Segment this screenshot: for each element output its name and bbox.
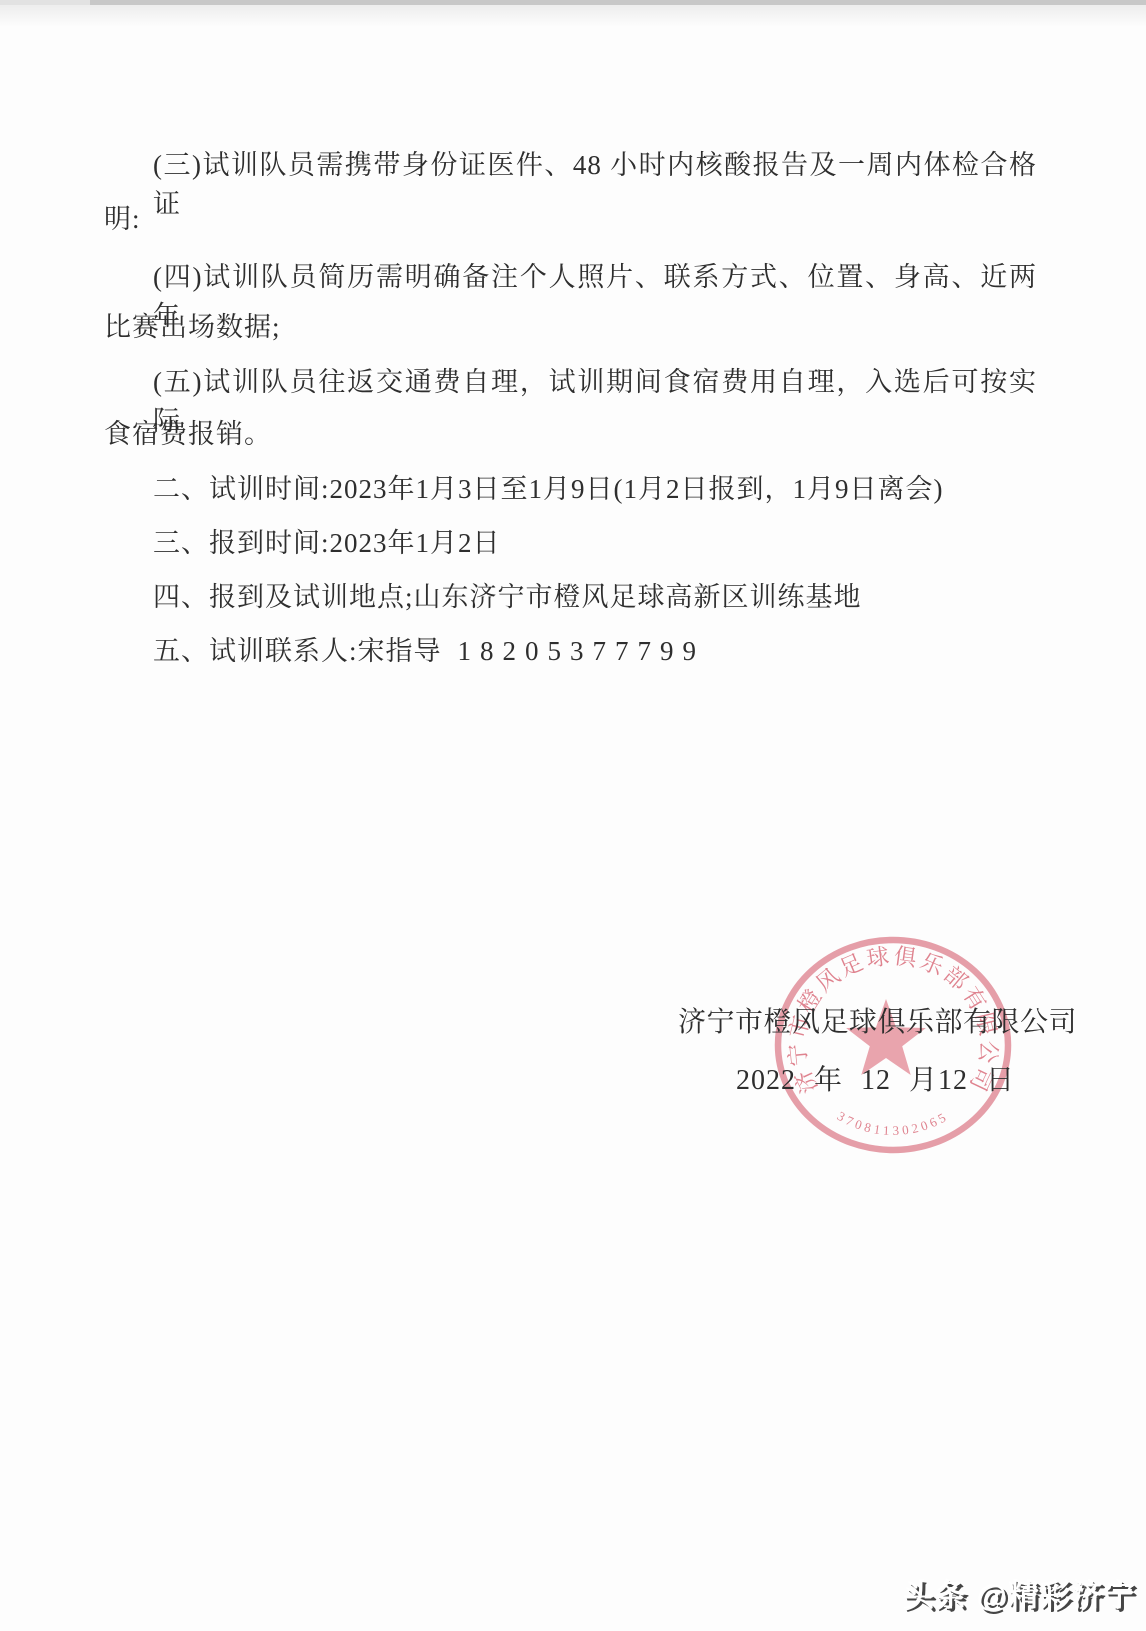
document-line: (三)试训队员需携带身份证医件、48 小时内核酸报告及一周内体检合格证 (153, 143, 1037, 221)
company-seal: 济宁市橙风足球俱乐部有限公司 370811302065 (770, 933, 1016, 1161)
document-line: 三、报到时间:2023年1月2日 (153, 521, 501, 560)
document-page: (三)试训队员需携带身份证医件、48 小时内核酸报告及一周内体检合格证 明: (… (0, 0, 1146, 1631)
document-line: 食宿费报销。 (104, 412, 272, 451)
scan-top-fade (0, 5, 1146, 27)
document-line: (五)试训队员往返交通费自理，试训期间食宿费用自理，入选后可按实际 (153, 360, 1037, 438)
document-line: 四、报到及试训地点;山东济宁市橙风足球高新区训练基地 (153, 575, 862, 614)
toutiao-watermark: 头条 @精彩济宁 (903, 1570, 1136, 1615)
seal-serial-number: 370811302065 (835, 1108, 951, 1138)
document-line: 五、试训联系人:宋指导18205377799 (153, 629, 705, 668)
document-line: 明: (104, 197, 141, 236)
signature-date: 2022 年 12 月12 日 (736, 1058, 1015, 1098)
document-line: 比赛出场数据; (104, 305, 281, 344)
document-line: (四)试训队员简历需明确备注个人照片、联系方式、位置、身高、近两年 (153, 255, 1037, 333)
document-line: 二、试训时间:2023年1月3日至1月9日(1月2日报到，1月9日离会) (153, 467, 943, 506)
signature-company: 济宁市橙风足球俱乐部有限公司 (678, 1000, 1077, 1040)
contact-phone: 18205377799 (458, 636, 706, 666)
contact-name: 五、试训联系人:宋指导 (153, 636, 442, 666)
